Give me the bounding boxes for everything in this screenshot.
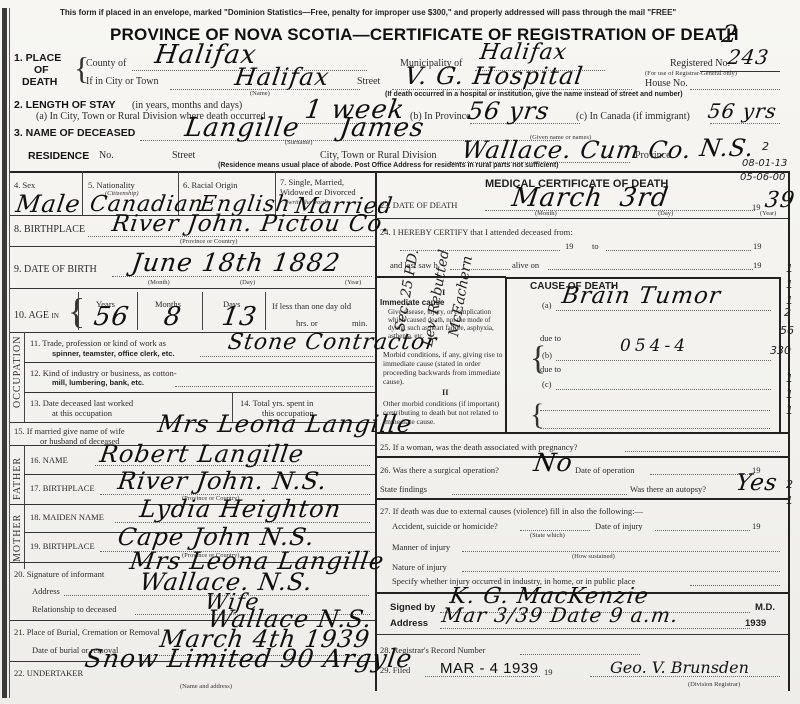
year-note: (Year) bbox=[760, 210, 776, 217]
mother-birthplace-label: 19. BIRTHPLACE bbox=[30, 541, 95, 551]
sex-label: 4. Sex bbox=[14, 180, 35, 190]
attended-from-year: 19 bbox=[565, 241, 574, 251]
stay-canada-value: 56 yrs bbox=[706, 99, 778, 123]
age-months-value: 8 bbox=[162, 302, 184, 332]
place-of-death-label: 1. PLACE OF DEATH bbox=[14, 52, 61, 88]
racial-origin-label: 6. Racial Origin bbox=[183, 180, 238, 190]
brace-other: { bbox=[530, 398, 544, 432]
autopsy-label: Was there an autopsy? bbox=[630, 484, 706, 494]
accident-label: Accident, suicide or homicide? bbox=[392, 521, 498, 531]
left-border bbox=[2, 8, 7, 698]
record-number-label: 28. Registrar's Record Number bbox=[380, 645, 485, 655]
date-of-death-month: March bbox=[510, 183, 605, 213]
cause-c-label: (c) bbox=[542, 379, 551, 389]
informant-address-label: Address bbox=[32, 586, 60, 596]
total-years-label: 14. Total yrs. spent in bbox=[240, 398, 313, 408]
deceased-given-names: James bbox=[338, 113, 427, 143]
birthplace-value: River John. Pictou Co. bbox=[110, 211, 392, 237]
cause-b-value: 054-4 bbox=[620, 336, 689, 356]
age-years-value: 56 bbox=[92, 302, 131, 332]
trade-label: 11. Trade, profession or kind of work as bbox=[30, 338, 166, 348]
left-border-inner bbox=[9, 8, 10, 698]
residence-city-label: City, Town or Rural Division bbox=[320, 150, 437, 161]
month-note: (Month) bbox=[535, 210, 557, 217]
industry-label: 12. Kind of industry or business, as cot… bbox=[30, 368, 177, 378]
burial-place-label: 21. Place of Burial, Cremation or Remova… bbox=[14, 627, 160, 637]
surname-note: (Surname) bbox=[285, 139, 312, 146]
death-certificate-page: This form if placed in an envelope, mark… bbox=[0, 0, 800, 704]
date-of-death-day: 3rd bbox=[618, 183, 671, 213]
informant-signature-label: 20. Signature of informant bbox=[14, 569, 104, 579]
last-worked-label-2: at this occupation bbox=[52, 408, 112, 418]
nature-injury-label: Nature of injury bbox=[392, 562, 447, 572]
residence-label: RESIDENCE bbox=[28, 150, 89, 162]
last-worked-label: 13. Date deceased last worked bbox=[30, 398, 133, 408]
alive-on-year: 19 bbox=[753, 260, 762, 270]
stay-canada-label: (c) In Canada (if immigrant) bbox=[576, 111, 690, 122]
father-section-label: FATHER bbox=[12, 457, 23, 500]
birthplace-note: (Province or Country) bbox=[180, 238, 237, 245]
margin-code: 08-01-13 bbox=[742, 158, 787, 169]
street-label: Street bbox=[357, 76, 380, 87]
occupation-section-label: OCCUPATION bbox=[12, 336, 23, 408]
filed-label: 29. Filed bbox=[380, 665, 410, 675]
date-of-death-label: 23. DATE OF DEATH bbox=[380, 200, 457, 210]
residence-province-label: Province bbox=[635, 150, 671, 161]
dob-value: June 18th 1882 bbox=[130, 248, 343, 277]
autopsy-value: Yes bbox=[734, 470, 779, 496]
deceased-name-label: 3. NAME OF DECEASED bbox=[14, 127, 135, 139]
margin-code: 2 bbox=[762, 140, 769, 153]
attended-to: to bbox=[592, 241, 599, 251]
attended-to-year: 19 bbox=[753, 241, 762, 251]
stay-province-value: 56 yrs bbox=[466, 97, 551, 125]
morbid-conditions-label: Morbid conditions, if any, giving rise t… bbox=[383, 350, 503, 386]
injury-date-label: Date of injury bbox=[595, 521, 643, 531]
dob-day-note: (Day) bbox=[240, 279, 255, 286]
industry-examples: mill, lumbering, bank, etc. bbox=[52, 378, 144, 387]
due-to-2: due to bbox=[540, 364, 561, 374]
cause-a-label: (a) bbox=[542, 300, 551, 310]
registrar-signature: Geo. V. Brunsden bbox=[610, 658, 749, 677]
state-which-note: (State which) bbox=[530, 532, 565, 539]
margin-code: 05-06-00 bbox=[740, 172, 785, 183]
how-sustained-note: (How sustained) bbox=[572, 553, 615, 560]
other-conditions-roman: II bbox=[442, 387, 449, 397]
manner-injury-label: Manner of injury bbox=[392, 542, 450, 552]
brace-age: { bbox=[68, 290, 85, 332]
mother-maiden-label: 18. MAIDEN NAME bbox=[30, 512, 104, 522]
length-of-stay-note: (in years, months and days) bbox=[132, 100, 242, 111]
injury-year: 19 bbox=[752, 521, 761, 531]
dob-year-note: (Year) bbox=[345, 279, 361, 286]
father-name-label: 16. NAME bbox=[30, 455, 68, 465]
sex-value: Male bbox=[14, 190, 83, 218]
other-conditions-label: Other morbid conditions (if important) c… bbox=[383, 399, 503, 426]
name-note: (Name) bbox=[250, 90, 270, 97]
age-hrs-label: hrs. or bbox=[296, 318, 318, 328]
nationality-label: 5. Nationality bbox=[88, 180, 135, 190]
md-label: M.D. bbox=[755, 602, 775, 613]
age-min-label: min. bbox=[352, 318, 367, 328]
certify-label: 24. I HEREBY CERTIFY that I attended dec… bbox=[380, 227, 573, 237]
undertaker-label: 22. UNDERTAKER bbox=[14, 668, 83, 678]
filed-year-prefix: 19 bbox=[544, 667, 553, 677]
mother-section-label: MOTHER bbox=[12, 514, 23, 562]
father-name-value: Robert Langille bbox=[98, 440, 306, 468]
city-label: If in City or Town bbox=[86, 76, 158, 87]
street-value: V. G. Hospital bbox=[403, 62, 585, 90]
operation-date-label: Date of operation bbox=[575, 465, 634, 475]
state-findings-label: State findings bbox=[380, 484, 427, 494]
surgical-operation-value: No bbox=[532, 448, 575, 477]
dob-month-note: (Month) bbox=[148, 279, 170, 286]
age-less-than-day-label: If less than one day old bbox=[272, 301, 351, 311]
dob-label: 9. DATE OF BIRTH bbox=[14, 264, 97, 275]
division-registrar-note: (Division Registrar) bbox=[688, 681, 740, 688]
residence-no-label: No. bbox=[99, 150, 114, 161]
relationship-label: Relationship to deceased bbox=[32, 604, 117, 614]
certificate-year: 1939 bbox=[745, 618, 766, 629]
residence-note: (Residence means usual place of abode. P… bbox=[218, 162, 559, 169]
house-no-label: House No. bbox=[645, 78, 688, 89]
registered-no-label: Registered No. bbox=[670, 58, 730, 69]
doctor-address-value: Mar 3/39 Date 9 a.m. bbox=[440, 603, 680, 627]
day-note: (Day) bbox=[658, 210, 673, 217]
registrar-general-note: (For use of Registrar-General only) bbox=[645, 70, 737, 77]
external-causes-label: 27. If death was due to external causes … bbox=[380, 506, 643, 516]
undertaker-note: (Name and address) bbox=[180, 683, 232, 690]
mailing-notice: This form if placed in an envelope, mark… bbox=[60, 8, 676, 17]
margin-code: 56 bbox=[780, 324, 794, 337]
county-label: County of bbox=[86, 58, 126, 69]
cause-b-label: (b) bbox=[542, 350, 552, 360]
signed-by-label: Signed by bbox=[390, 602, 435, 613]
father-birthplace-value: River John. N.S. bbox=[116, 467, 329, 495]
trade-examples: spinner, teamster, office clerk, etc. bbox=[52, 349, 175, 358]
residence-street-label: Street bbox=[172, 150, 195, 161]
deceased-surname: Langille bbox=[183, 113, 302, 143]
age-label: 10. AGE in bbox=[14, 310, 59, 321]
cause-a-value: Brain Tumor bbox=[560, 283, 723, 309]
registered-no-value: 243 bbox=[726, 45, 771, 69]
filed-date-stamp: MAR - 4 1939 bbox=[440, 660, 539, 677]
surgical-operation-label: 26. Was there a surgical operation? bbox=[380, 465, 499, 475]
length-of-stay-label: 2. LENGTH OF STAY bbox=[14, 99, 116, 111]
mother-maiden-value: Lydia Heighton bbox=[138, 495, 343, 523]
father-birthplace-label: 17. BIRTHPLACE bbox=[30, 483, 95, 493]
alive-on-label: alive on bbox=[512, 260, 539, 270]
doctor-address-label: Address bbox=[390, 618, 428, 629]
age-days-value: 13 bbox=[220, 302, 259, 332]
city-value: Halifax bbox=[233, 63, 331, 91]
spouse-label: 15. If married give name of wife bbox=[14, 426, 125, 436]
undertaker-value: Snow Limited 90 Argyle bbox=[83, 644, 414, 673]
birthplace-label: 8. BIRTHPLACE bbox=[14, 224, 85, 235]
